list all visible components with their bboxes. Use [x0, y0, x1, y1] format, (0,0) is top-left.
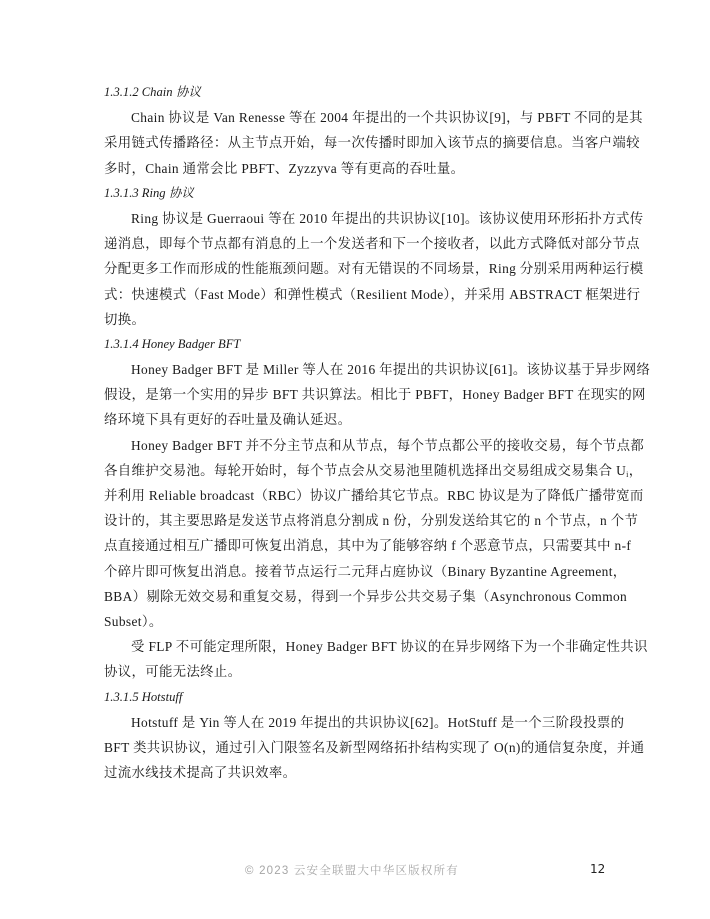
paragraph-line: 递消息，即每个节点都有消息的上一个发送者和下一个接收者，以此方式降低对部分节点 [104, 231, 604, 256]
paragraph-line: 假设，是第一个实用的异步 BFT 共识算法。相比于 PBFT，Honey Bad… [104, 382, 604, 407]
paragraph-line: 个碎片即可恢复出消息。接着节点运行二元拜占庭协议（Binary Byzantin… [104, 559, 604, 584]
paragraph-line: 设计的，其主要思路是发送节点将消息分割成 n 份，分别发送给其它的 n 个节点，… [104, 508, 604, 533]
page-number: 12 [590, 862, 605, 876]
punctuation: ， [629, 463, 643, 478]
paragraph-line: Honey Badger BFT 并不分主节点和从节点，每个节点都公平的接收交易… [104, 433, 604, 458]
paragraph-line: Subset）。 [104, 609, 604, 634]
section-heading-honey-badger-bft: 1.3.1.4 Honey Badger BFT [104, 332, 604, 357]
paragraph-line: Hotstuff 是 Yin 等人在 2019 年提出的共识协议[62]。Hot… [104, 710, 604, 735]
paragraph-line: 点直接通过相互广播即可恢复出消息，其中为了能够容纳 f 个恶意节点，只需要其中 … [104, 533, 604, 558]
section-heading-chain: 1.3.1.2 Chain 协议 [104, 80, 604, 105]
paragraph-line: 受 FLP 不可能定理所限，Honey Badger BFT 协议的在异步网络下… [104, 634, 604, 659]
paragraph-line: 多时，Chain 通常会比 PBFT、Zyzzyva 等有更高的吞吐量。 [104, 156, 604, 181]
paragraph-line: Ring 协议是 Guerraoui 等在 2010 年提出的共识协议[10]。… [104, 206, 604, 231]
paragraph-line: 并利用 Reliable broadcast（RBC）协议广播给其它节点。RBC… [104, 483, 604, 508]
paragraph-line: 采用链式传播路径：从主节点开始，每一次传播时即加入该节点的摘要信息。当客户端较 [104, 130, 604, 155]
paragraph-text: 各自维护交易池。每轮开始时，每个节点会从交易池里随机选择出交易组成交易集合 U [104, 463, 626, 478]
paragraph-line: 协议，可能无法终止。 [104, 659, 604, 684]
paragraph-line: Honey Badger BFT 是 Miller 等人在 2016 年提出的共… [104, 357, 604, 382]
paragraph-line: 式：快速模式（Fast Mode）和弹性模式（Resilient Mode），并… [104, 282, 604, 307]
paragraph-line: 切换。 [104, 307, 604, 332]
paragraph-line: 过流水线技术提高了共识效率。 [104, 760, 604, 785]
paragraph-line: 分配更多工作而形成的性能瓶颈问题。对有无错误的不同场景，Ring 分别采用两种运… [104, 256, 604, 281]
paragraph-line: BBA）剔除无效交易和重复交易，得到一个异步公共交易子集（Asynchronou… [104, 584, 604, 609]
paragraph-line-with-subscript: 各自维护交易池。每轮开始时，每个节点会从交易池里随机选择出交易组成交易集合 Ui… [104, 458, 604, 483]
paragraph-line: 络环境下具有更好的吞吐量及确认延迟。 [104, 407, 604, 432]
paragraph-line: BFT 类共识协议，通过引入门限签名及新型网络拓扑结构实现了 O(n)的通信复杂… [104, 735, 604, 760]
section-heading-hotstuff: 1.3.1.5 Hotstuff [104, 685, 604, 710]
footer-copyright: © 2023 云安全联盟大中华区版权所有 [245, 862, 459, 878]
section-heading-ring: 1.3.1.3 Ring 协议 [104, 181, 604, 206]
paragraph-line: Chain 协议是 Van Renesse 等在 2004 年提出的一个共识协议… [104, 105, 604, 130]
document-page: 1.3.1.2 Chain 协议 Chain 协议是 Van Renesse 等… [104, 80, 604, 785]
